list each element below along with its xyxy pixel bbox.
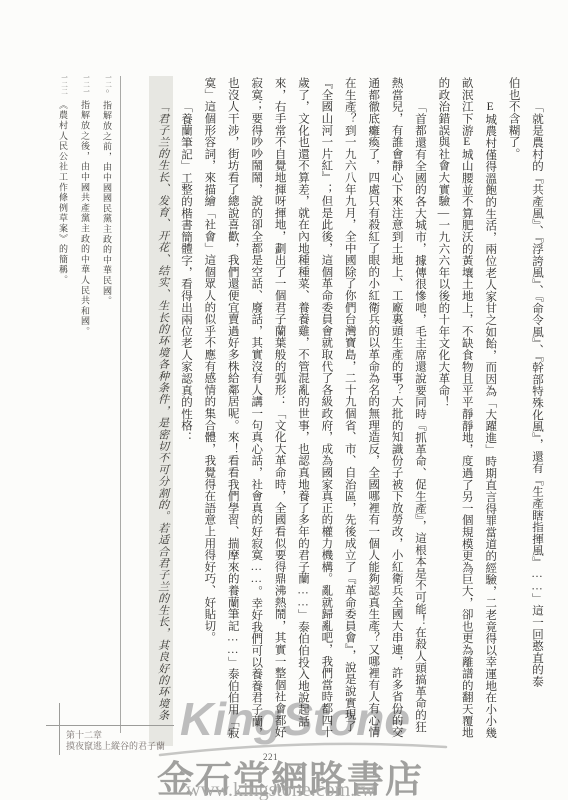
text-column: 在生產？到一九六八年九月，全中國除了你們台灣寶島，二十九個省、市、自治區，先後成… bbox=[338, 77, 361, 777]
crop-mark-vertical bbox=[59, 703, 60, 755]
text-column: 「就是農村的『共產風』、『浮誇風』、『命令風』、『幹部特殊化風』，還有『生產瞎指… bbox=[525, 77, 548, 777]
crop-mark-horizontal bbox=[46, 725, 174, 726]
footnote-column: 一二○指解放之前，由中國國民黨主政的中華民國。 bbox=[97, 74, 117, 694]
text-column: 「養蘭筆記」工整的楷書簡體字，看得出兩位老人家認真的性格： bbox=[174, 77, 197, 777]
footnote-divider-rule bbox=[120, 76, 121, 733]
page-number: 221 bbox=[263, 752, 278, 762]
text-column: 『全國山河一片紅』；但是此後，這個革命委員會就取代了各級政府，成為國家真正的權力… bbox=[314, 77, 337, 777]
text-column: 「首都還有全國的各大城市，據傳很慘吔，毛主席還說要同時『抓革命、促生產』，這根本… bbox=[408, 77, 431, 777]
footnote-text: 《農村人民公社工作條例草案》的簡稱。 bbox=[58, 100, 68, 285]
text-column: 來，右手常不自覺地揮呀揮地，劃出了一個君子蘭葉般的弧形：「文化大革命時，全國看似… bbox=[268, 77, 291, 777]
footnote-column: 一二二《農村人民公社工作條例草案》的簡稱。 bbox=[53, 74, 73, 694]
footnote-column: 一二一指解放之後，由中國共產黨主政的中華人民共和國。 bbox=[75, 74, 95, 694]
book-page: KingStone 金石堂網路書店 www.kingstone.com.tw 「… bbox=[0, 0, 568, 800]
text-column: 歲了，文化也還不算差，就在內地種種菜、養養雞，不管混亂的世事，也認真地養了多年的… bbox=[291, 77, 314, 777]
footnote-text: 指解放之後，由中國共產黨主政的中華人民共和國。 bbox=[80, 100, 90, 337]
text-column: 也沒人干涉，街坊看了總說喜歡，我們還便宜賣過好多株給鄰居呢。來！看看我們學習、揣… bbox=[221, 77, 244, 777]
footnote-number: 一二○ bbox=[104, 74, 111, 96]
text-column: 寂寞；要得吵吵鬧鬧，說的卻全都是空話、廢話，其實沒有人講一句真心話，社會真的好寂… bbox=[244, 77, 267, 777]
chapter-number: 第十二章 bbox=[66, 730, 165, 741]
text-column: 畝泯江下游E城山腰並不算肥沃的黃壤土地上，不缺食物且平平靜靜地，度過了另一個規模… bbox=[455, 77, 478, 777]
footnote-number: 一二一 bbox=[82, 74, 89, 95]
text-column: 通都徹底癱瘓了，四處只有殺紅了眼的小紅衛兵的以革命為名的無理造反，全國哪裡有一個… bbox=[361, 77, 384, 777]
store-url-watermark: www.kingstone.com.tw bbox=[186, 779, 375, 800]
text-column: 伯也不含糊了。 bbox=[502, 77, 525, 777]
text-column: E城農村僅得溫飽的生活，兩位老人家甘之如飴，而因為「大躍進」時期直言得罪當道的經… bbox=[478, 77, 501, 777]
text-column: 寞」這個形容詞，來描繪「社會」這個眾人的似乎不應有感情的集合體，我覺得在語意上用… bbox=[197, 77, 220, 777]
text-column: 的政治錯誤與社會大實驗—一九六六年以後的十年文化大革命！ bbox=[431, 77, 454, 777]
chapter-title: 摸夜竄逃上縱谷的君子蘭 bbox=[66, 741, 165, 752]
text-column: 熱當兒，有誰會靜心下來注意到土地上、工廠裏頭生產的事？大批的知識份子被下放勞改，… bbox=[385, 77, 408, 777]
footnote-text: 指解放之前，由中國國民黨主政的中華民國。 bbox=[102, 101, 112, 307]
chapter-footer: 第十二章 摸夜竄逃上縱谷的君子蘭 bbox=[66, 730, 165, 752]
quote-column: 「君子兰的生长、发育、开花、结实、生长的环境各种条件，是密切不可分割的。若适合君… bbox=[151, 77, 174, 777]
footnote-number: 一二二 bbox=[60, 74, 67, 95]
